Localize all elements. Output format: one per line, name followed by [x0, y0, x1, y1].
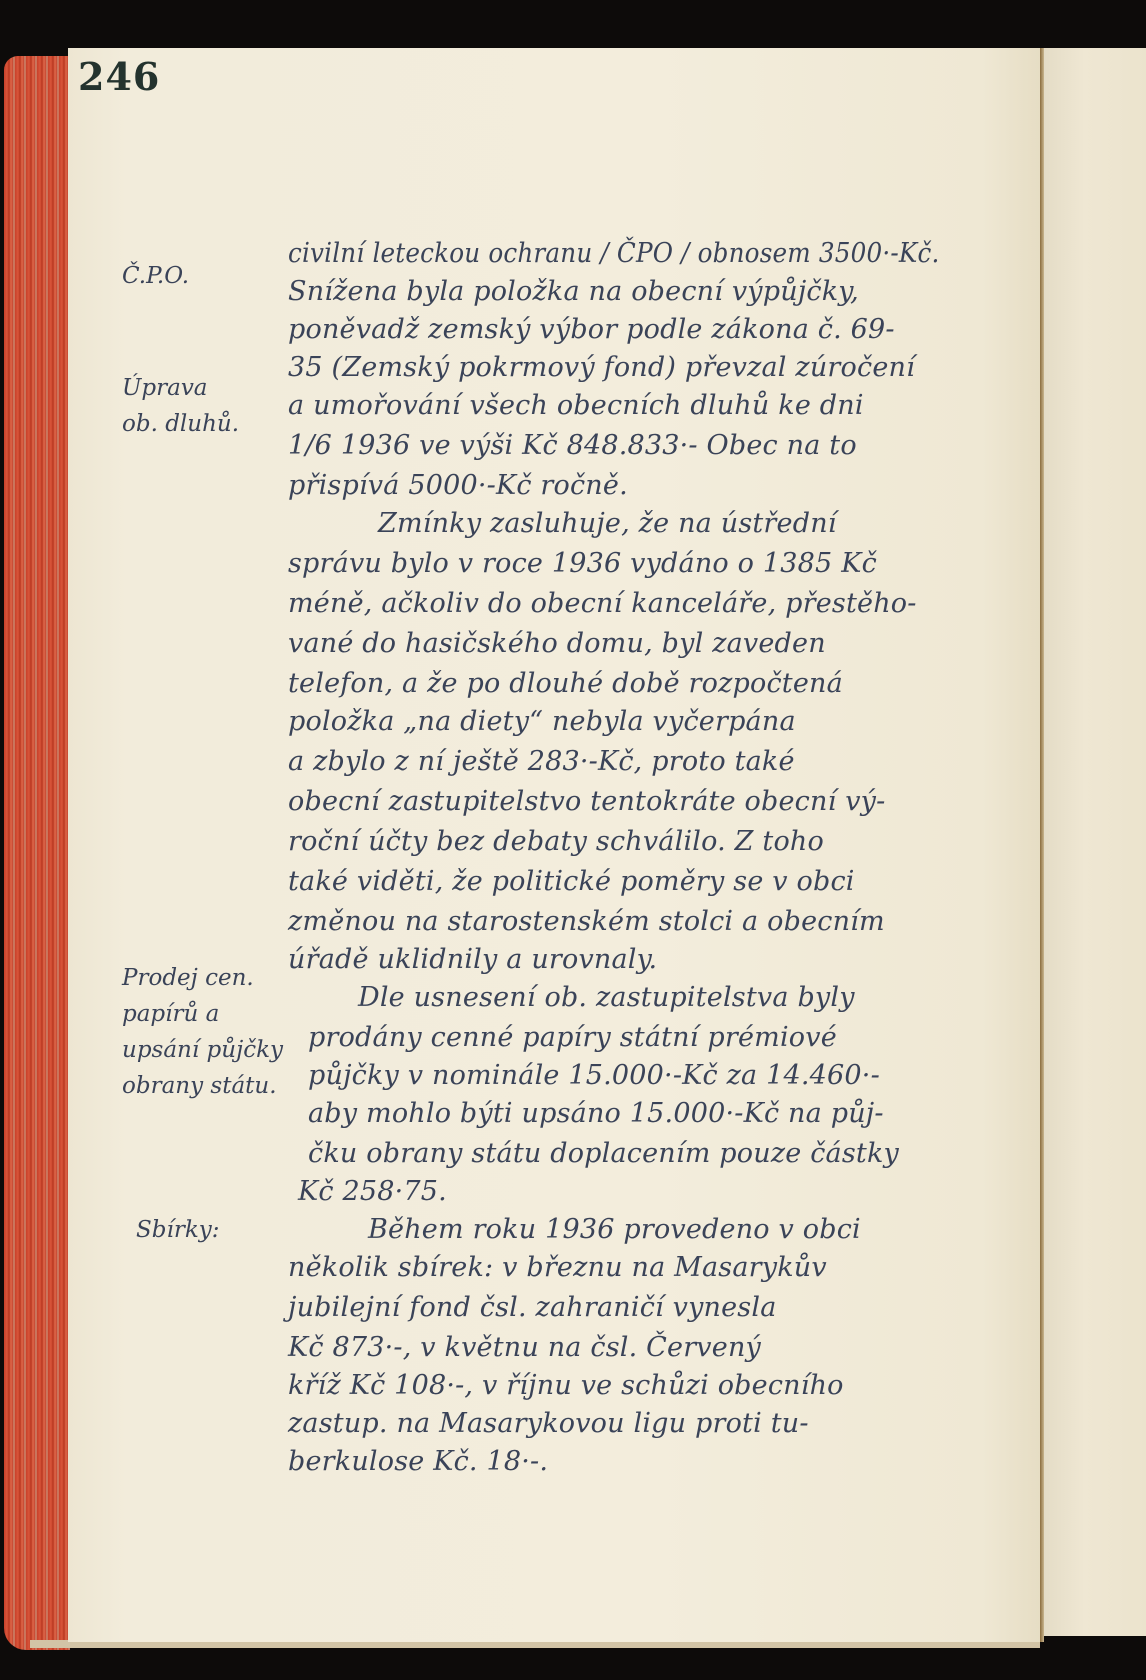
text-line: a umořování všech obecních dluhů ke dni	[288, 390, 864, 421]
text-line: Kč 873·-, v květnu na čsl. Červený	[288, 1332, 761, 1363]
book-page-edges	[4, 56, 70, 1650]
text-line: také viděti, že politické poměry se v ob…	[288, 866, 855, 897]
text-line: půjčky v nominále 15.000·-Kč za 14.460·-	[308, 1060, 880, 1091]
text-line: 1/6 1936 ve výši Kč 848.833·- Obec na to	[288, 430, 857, 461]
margin-note-uprava-dluhu: Úpravaob. dluhů.	[122, 370, 239, 442]
margin-note-prodej-papiru: Prodej cen.papírů aupsání půjčkyobrany s…	[122, 960, 283, 1104]
margin-note-line: Č.P.O.	[122, 258, 189, 294]
text-line: berkulose Kč. 18·-.	[288, 1446, 548, 1477]
margin-note-line: Sbírky:	[136, 1212, 220, 1248]
next-page-edge	[1044, 48, 1146, 1636]
margin-note-line: upsání půjčky	[122, 1032, 283, 1068]
margin-note-line: obrany státu.	[122, 1068, 283, 1104]
text-line: kříž Kč 108·-, v říjnu ve schůzi obecníh…	[288, 1370, 844, 1401]
text-line: položka „na diety“ nebyla vyčerpána	[288, 706, 796, 737]
text-line: obecní zastupitelstvo tentokráte obecní …	[288, 786, 885, 817]
text-line: prodány cenné papíry státní prémiové	[308, 1022, 837, 1053]
text-line: přispívá 5000·-Kč ročně.	[288, 470, 628, 501]
page-number: 246	[78, 54, 160, 99]
text-line: civilní leteckou ochranu / ČPO / obnosem…	[288, 238, 939, 269]
text-line: méně, ačkoliv do obecní kanceláře, přest…	[288, 588, 917, 619]
text-line: vané do hasičského domu, byl zaveden	[288, 628, 826, 659]
margin-note-line: papírů a	[122, 996, 283, 1032]
text-line: Během roku 1936 provedeno v obci	[368, 1214, 861, 1245]
margin-note-line: Prodej cen.	[122, 960, 283, 996]
text-line: Snížena byla položka na obecní výpůjčky,	[288, 276, 859, 307]
text-line: jubilejní fond čsl. zahraničí vynesla	[288, 1292, 777, 1323]
text-line: roční účty bez debaty schválilo. Z toho	[288, 826, 824, 857]
text-line: zastup. na Masarykovou ligu proti tu-	[288, 1408, 809, 1439]
text-line: správu bylo v roce 1936 vydáno o 1385 Kč	[288, 548, 877, 579]
text-line: změnou na starostenském stolci a obecním	[288, 906, 885, 937]
text-line: telefon, a že po dlouhé době rozpočtená	[288, 668, 843, 699]
text-line: několik sbírek: v březnu na Masarykův	[288, 1252, 827, 1283]
text-line: 35 (Zemský pokrmový fond) převzal zúroče…	[288, 352, 915, 383]
text-line: Dle usnesení ob. zastupitelstva byly	[358, 982, 855, 1013]
margin-note-cpo: Č.P.O.	[122, 258, 189, 294]
text-line: Kč 258·75.	[298, 1176, 447, 1207]
text-line: aby mohlo býti upsáno 15.000·-Kč na půj-	[308, 1098, 884, 1129]
text-line: a zbylo z ní ještě 283·-Kč, proto také	[288, 746, 795, 777]
margin-note-line: ob. dluhů.	[122, 406, 239, 442]
margin-note-line: Úprava	[122, 370, 239, 406]
text-line: poněvadž zemský výbor podle zákona č. 69…	[288, 314, 895, 345]
margin-note-sbirky: Sbírky:	[136, 1212, 220, 1248]
text-line: Zmínky zasluhuje, že na ústřední	[378, 508, 837, 539]
text-line: úřadě uklidnily a urovnaly.	[288, 944, 657, 975]
text-line: čku obrany státu doplacením pouze částky	[308, 1138, 899, 1169]
